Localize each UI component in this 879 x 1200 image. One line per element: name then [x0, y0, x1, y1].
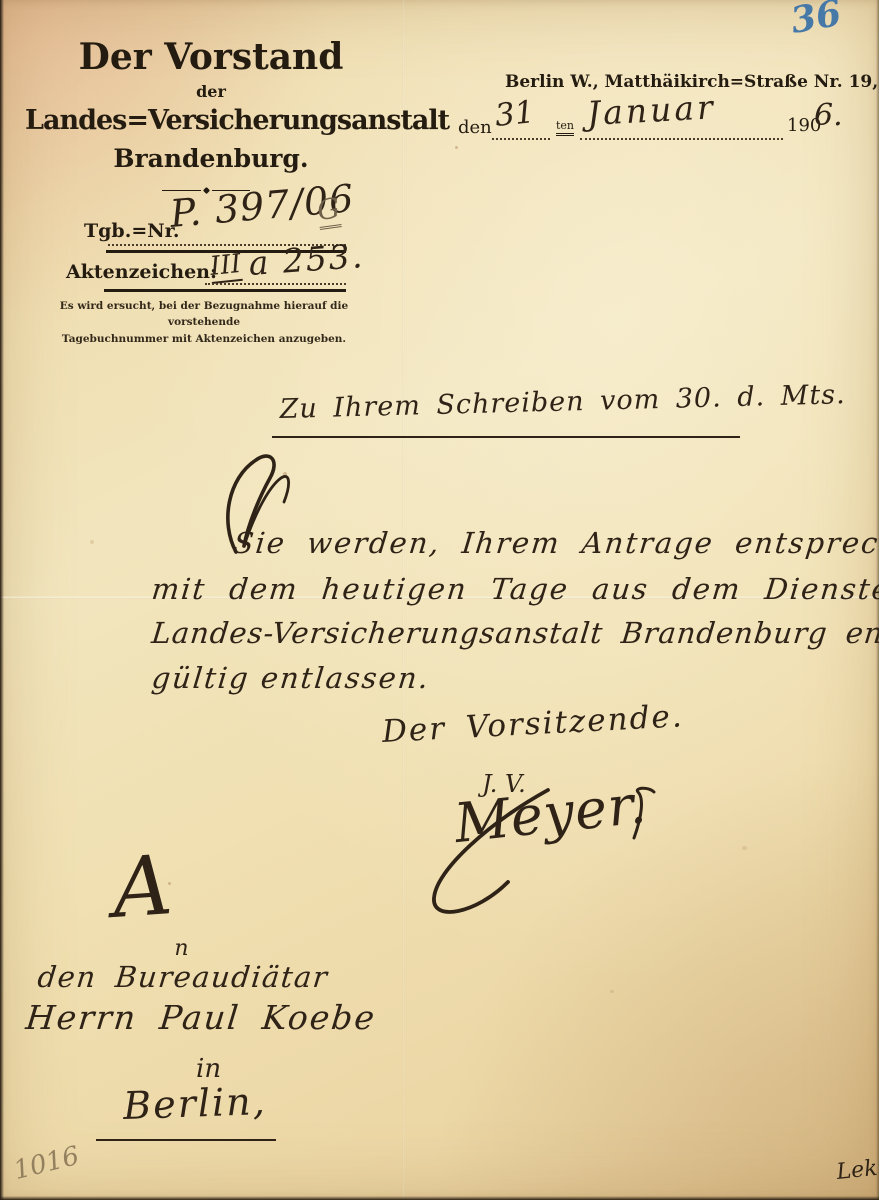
- scan-edge-left: [0, 0, 4, 1200]
- foxing-speck: [455, 146, 458, 149]
- body-line-4: gültig entlassen.: [150, 661, 432, 695]
- clerk-initial: Lek.: [835, 1155, 879, 1185]
- reference-notice-line1: Es wird ersucht, bei der Bezugnahme hier…: [48, 298, 360, 331]
- file-reference-number: a 253.: [247, 236, 365, 283]
- scan-edge-bottom: [0, 1196, 879, 1200]
- recipient-line-3: in: [196, 1054, 221, 1084]
- date-month-ruled-line: [580, 138, 783, 140]
- reference-notice: Es wird ersucht, bei der Bezugnahme hier…: [48, 298, 360, 347]
- date-day: 31: [493, 94, 536, 134]
- recipient-salutation: A n: [116, 842, 188, 961]
- date-day-ruled-line: [492, 138, 550, 140]
- foxing-speck: [742, 846, 747, 850]
- archival-number-top: 36: [788, 0, 845, 42]
- archival-number-bottom: 1016: [11, 1141, 82, 1186]
- letter-page: 36 Der Vorstand der Landes=Versicherungs…: [0, 0, 879, 1200]
- recipient-city: Berlin,: [122, 1079, 267, 1128]
- body-line-1: Sie werden, Ihrem Antrage entsprechend,: [232, 526, 879, 560]
- foxing-speck: [610, 990, 614, 993]
- letterhead: Der Vorstand der Landes=Versicherungsans…: [25, 36, 397, 173]
- date-day-suffix: ten: [556, 119, 574, 136]
- diary-number-pencil-mark: G: [315, 191, 342, 230]
- letterhead-der: der: [25, 82, 397, 101]
- diary-number-label: Tgb.=Nr.: [84, 220, 180, 242]
- recipient-salutation-initial: A: [109, 838, 175, 937]
- body-line-3: Landes-Versicherungsanstalt Brandenburg …: [150, 616, 879, 650]
- letterhead-title: Der Vorstand: [25, 36, 397, 78]
- letterhead-institution: Landes=Versicherungsanstalt: [25, 105, 397, 136]
- closing-role: Der Vorsitzende.: [381, 698, 684, 750]
- date-year-written: 6.: [814, 98, 843, 133]
- file-reference-roman: III: [209, 249, 243, 284]
- subject-line: Zu Ihrem Schreiben vom 30. d. Mts.: [279, 379, 846, 425]
- file-reference-rule: [104, 289, 346, 292]
- letterhead-city: Brandenburg.: [25, 144, 397, 173]
- foxing-speck: [90, 540, 94, 544]
- date-month: Januar: [586, 87, 717, 133]
- file-reference-label: Aktenzeichen:: [66, 261, 217, 283]
- subject-underline: [272, 436, 740, 438]
- recipient-salutation-small: n: [174, 936, 188, 961]
- body-line-2: mit dem heutigen Tage aus dem Dienste de…: [150, 572, 879, 606]
- recipient-city-underline: [96, 1139, 276, 1141]
- date-prefix: den: [458, 117, 492, 138]
- reference-notice-line2: Tagebuchnummer mit Aktenzeichen anzugebe…: [48, 331, 360, 347]
- recipient-line-2: Herrn Paul Koebe: [24, 998, 378, 1037]
- recipient-line-1: den Bureaudiätar: [36, 960, 330, 994]
- file-reference-dotted-line: [205, 283, 346, 285]
